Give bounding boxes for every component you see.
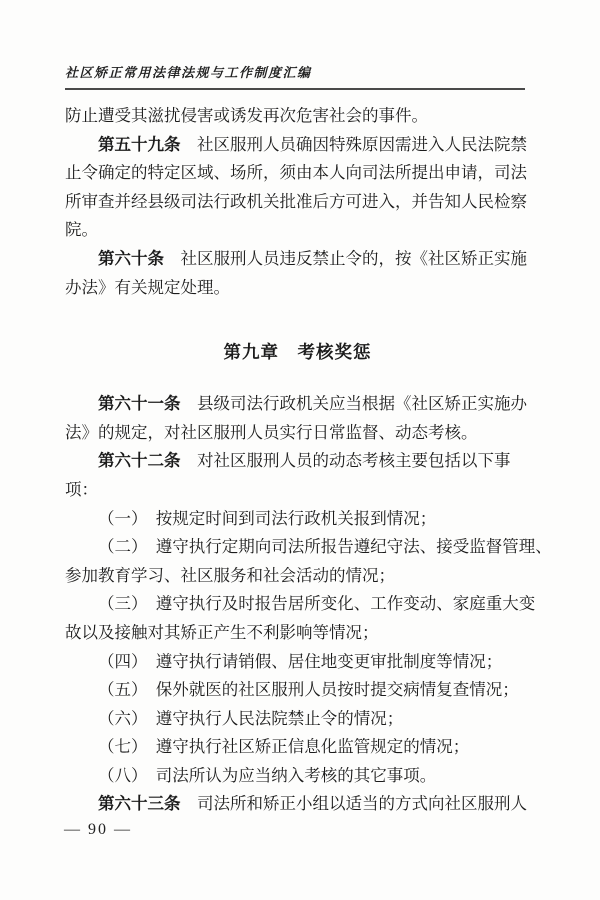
page-number: — 90 — bbox=[64, 820, 132, 840]
body-line: 止令确定的特定区域、场所，须由本人向司法所提出申请，司法 bbox=[65, 159, 530, 188]
running-header-title: 社区矫正常用法律法规与工作制度汇编 bbox=[65, 62, 525, 81]
list-item-line: （二） 遵守执行定期向司法所报告遵纪守法、接受监督管理、 bbox=[65, 533, 530, 562]
body-line: 办法》有关规定处理。 bbox=[65, 274, 530, 303]
body-line: 法》的规定，对社区服刑人员实行日常监督、动态考核。 bbox=[65, 419, 530, 448]
article-line: 第六十条 社区服刑人员违反禁止令的，按《社区矫正实施 bbox=[65, 245, 530, 274]
chapter-heading: 第九章 考核奖惩 bbox=[65, 342, 530, 362]
body-line: 所审查并经县级司法行政机关批准后方可进入，并告知人民检察 bbox=[65, 188, 530, 217]
article-line: 第六十三条 司法所和矫正小组以适当的方式向社区服刑人 bbox=[65, 790, 530, 819]
header-rule bbox=[65, 88, 525, 90]
list-item-line: （六） 遵守执行人民法院禁止令的情况； bbox=[65, 705, 530, 734]
list-item-line: （五） 保外就医的社区服刑人员按时提交病情复查情况； bbox=[65, 676, 530, 705]
article-line: 第五十九条 社区服刑人员确因特殊原因需进入人民法院禁 bbox=[65, 131, 530, 160]
body-line: 故以及接触对其矫正产生不利影响等情况； bbox=[65, 619, 530, 648]
list-item-line: （一） 按规定时间到司法行政机关报到情况； bbox=[65, 505, 530, 534]
article-number: 第五十九条 bbox=[98, 135, 181, 154]
article-number: 第六十二条 bbox=[98, 451, 181, 470]
article-line: 第六十一条 县级司法行政机关应当根据《社区矫正实施办 bbox=[65, 390, 530, 419]
body-line: 项： bbox=[65, 476, 530, 505]
list-item-line: （七） 遵守执行社区矫正信息化监管规定的情况； bbox=[65, 733, 530, 762]
list-item-line: （八） 司法所认为应当纳入考核的其它事项。 bbox=[65, 762, 530, 791]
list-item-line: （四） 遵守执行请销假、居住地变更审批制度等情况； bbox=[65, 648, 530, 677]
body-line: 防止遭受其滋扰侵害或诱发再次危害社会的事件。 bbox=[65, 102, 530, 131]
document-body: 防止遭受其滋扰侵害或诱发再次危害社会的事件。 第五十九条 社区服刑人员确因特殊原… bbox=[65, 102, 530, 819]
document-page: 社区矫正常用法律法规与工作制度汇编 防止遭受其滋扰侵害或诱发再次危害社会的事件。… bbox=[0, 0, 600, 900]
body-line: 参加教育学习、社区服务和社会活动的情况； bbox=[65, 562, 530, 591]
article-number: 第六十条 bbox=[98, 249, 164, 268]
body-line: 院。 bbox=[65, 216, 530, 245]
article-number: 第六十一条 bbox=[98, 394, 181, 413]
list-item-line: （三） 遵守执行及时报告居所变化、工作变动、家庭重大变 bbox=[65, 590, 530, 619]
article-line: 第六十二条 对社区服刑人员的动态考核主要包括以下事 bbox=[65, 447, 530, 476]
article-number: 第六十三条 bbox=[98, 794, 181, 813]
